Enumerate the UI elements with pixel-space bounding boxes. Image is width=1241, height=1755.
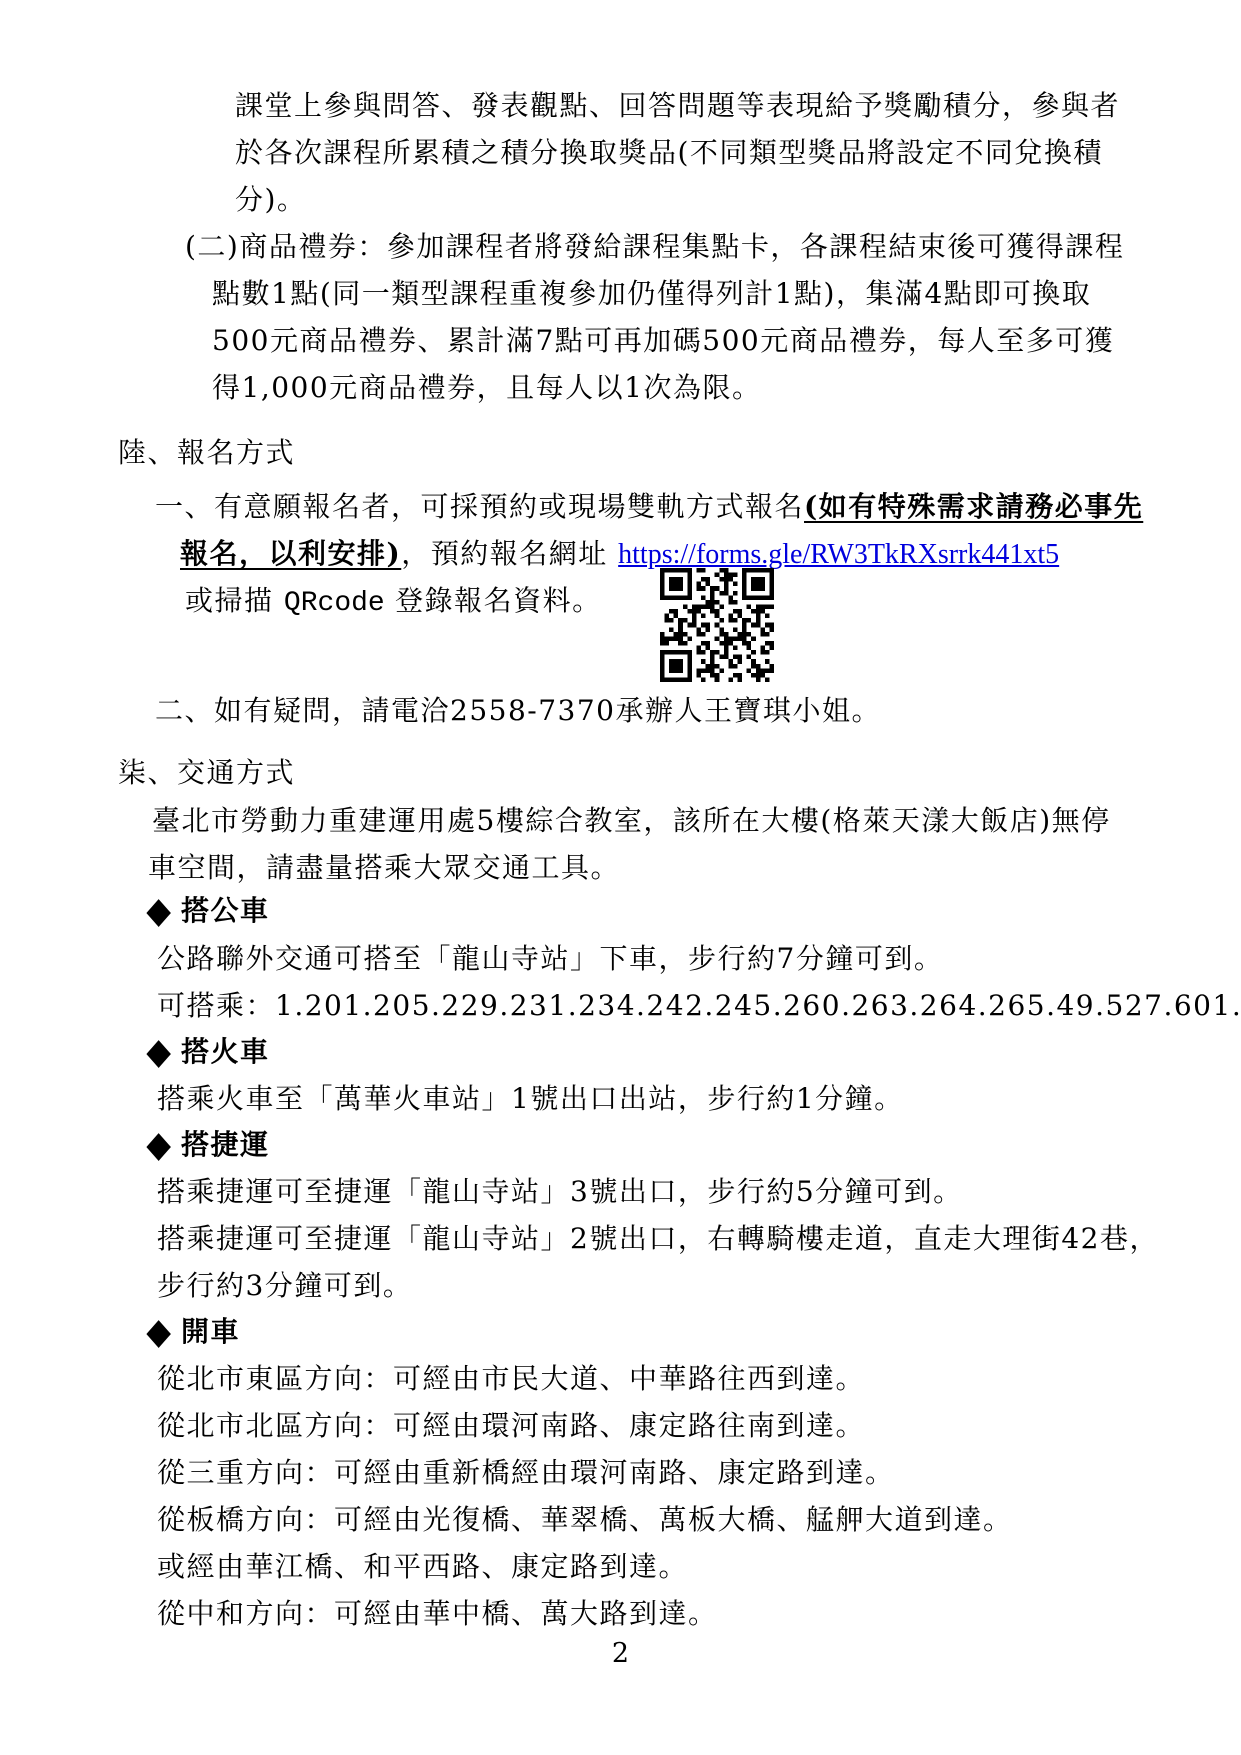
mrt-line: 搭乘捷運可至捷運「龍山寺站」2號出口，右轉騎樓走道，直走大理街42巷， <box>157 1221 1159 1257</box>
registration-url-label: ，預約報名網址 <box>401 537 618 570</box>
voucher-item-line: 點數1點(同一類型課程重複參加仍僅得列計1點)，集滿4點即可換取 <box>212 276 1091 312</box>
voucher-item-line: (二)商品禮券：參加課程者將發給課程集點卡，各課程結束後可獲得課程 <box>185 229 1124 265</box>
transport-intro-line: 臺北市勞動力重建運用處5樓綜合教室，該所在大樓(格萊天漾大飯店)無停 <box>152 803 1111 839</box>
prize-continuation-line: 分)。 <box>235 182 306 218</box>
drive-line: 從北市北區方向：可經由環河南路、康定路往南到達。 <box>157 1408 865 1444</box>
bus-routes-line: 可搭乘：1.201.205.229.231.234.242.245.260.26… <box>157 988 1241 1024</box>
diamond-bullet-icon: ◆ <box>146 1309 173 1356</box>
drive-line: 從三重方向：可經由重新橋經由環河南路、康定路到達。 <box>157 1455 895 1491</box>
drive-heading: ◆開車 <box>148 1314 240 1350</box>
bus-line: 公路聯外交通可搭至「龍山寺站」下車，步行約7分鐘可到。 <box>157 941 943 977</box>
registration-item1-line1: 一、有意願報名者，可採預約或現場雙軌方式報名(如有特殊需求請務必事先 <box>155 489 1143 525</box>
transport-intro-line: 車空間，請盡量搭乘大眾交通工具。 <box>148 850 620 886</box>
mrt-line: 搭乘捷運可至捷運「龍山寺站」3號出口，步行約5分鐘可到。 <box>157 1174 963 1210</box>
registration-item1-line3: 或掃描 QRcode 登錄報名資料。 <box>185 583 602 622</box>
registration-item1-line2: 報名，以利安排)，預約報名網址 https://forms.gle/RW3TkR… <box>180 536 1059 573</box>
diamond-bullet-icon: ◆ <box>146 1029 173 1076</box>
train-line: 搭乘火車至「萬華火車站」1號出口出站，步行約1分鐘。 <box>157 1081 904 1117</box>
special-needs-note-bold: (如有特殊需求請務必事先 <box>804 490 1143 523</box>
qrcode-word: QRcode <box>284 588 385 619</box>
mrt-heading: ◆搭捷運 <box>148 1127 270 1163</box>
voucher-item-line: 500元商品禮券、累計滿7點可再加碼500元商品禮券，每人至多可獲 <box>212 323 1114 359</box>
voucher-item-line: 得1,000元商品禮券，且每人以1次為限。 <box>212 370 761 406</box>
document-page: 課堂上參與問答、發表觀點、回答問題等表現給予獎勵積分，參與者 於各次課程所累積之… <box>0 0 1241 1755</box>
drive-line: 從北市東區方向：可經由市民大道、中華路往西到達。 <box>157 1361 865 1397</box>
special-needs-note-bold: 報名，以利安排) <box>180 537 401 570</box>
mrt-line: 步行約3分鐘可到。 <box>157 1268 412 1304</box>
prize-continuation-line: 課堂上參與問答、發表觀點、回答問題等表現給予獎勵積分，參與者 <box>235 88 1120 124</box>
registration-item2: 二、如有疑問，請電洽2558-7370承辦人王寶琪小姐。 <box>155 693 881 729</box>
registration-section-heading: 陸、報名方式 <box>118 435 295 471</box>
train-heading: ◆搭火車 <box>148 1034 270 1070</box>
diamond-bullet-icon: ◆ <box>146 1122 173 1169</box>
qr-code <box>658 568 776 682</box>
bus-heading: ◆搭公車 <box>148 893 270 929</box>
transport-section-heading: 柒、交通方式 <box>118 755 295 791</box>
page-number: 2 <box>0 1638 1241 1669</box>
diamond-bullet-icon: ◆ <box>146 888 173 935</box>
registration-form-link[interactable]: https://forms.gle/RW3TkRXsrrk441xt5 <box>618 539 1059 570</box>
registration-item1-text: 一、有意願報名者，可採預約或現場雙軌方式報名 <box>155 490 804 523</box>
drive-line: 或經由華江橋、和平西路、康定路到達。 <box>157 1549 688 1585</box>
prize-continuation-line: 於各次課程所累積之積分換取獎品(不同類型獎品將設定不同兌換積 <box>235 135 1103 171</box>
drive-line: 從板橋方向：可經由光復橋、華翠橋、萬板大橋、艋舺大道到達。 <box>157 1502 1013 1538</box>
drive-line: 從中和方向：可經由華中橋、萬大路到達。 <box>157 1596 718 1632</box>
